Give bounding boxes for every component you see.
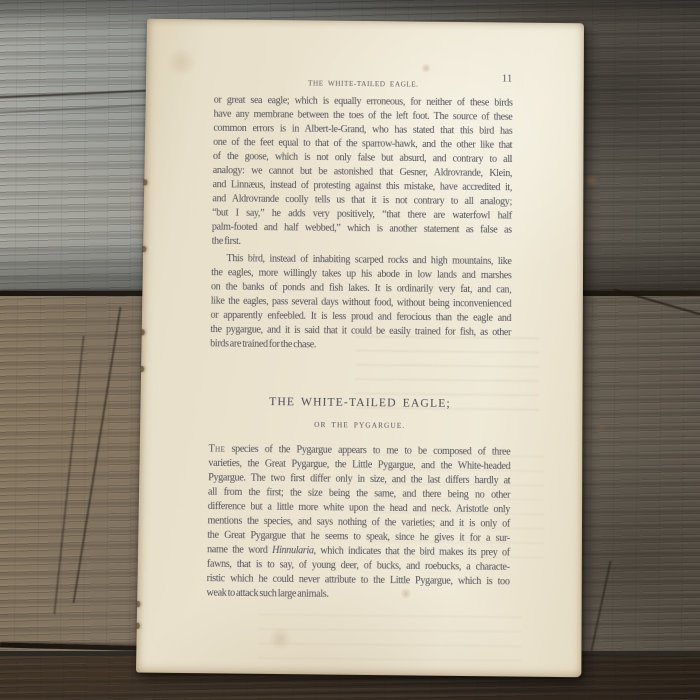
reverse-text-show-through bbox=[258, 614, 521, 662]
binding-notch bbox=[143, 179, 147, 185]
photo-scene: THE WHITE-TAILED EAGLE. 11 or great sea … bbox=[0, 0, 700, 700]
paragraph: or great sea eagle; which is equally err… bbox=[212, 94, 513, 252]
binding-notch bbox=[141, 329, 145, 335]
paragraph: The species of the Pygargue appears to m… bbox=[206, 442, 510, 604]
running-header-title: THE WHITE-TAILED EAGLE. bbox=[308, 79, 419, 88]
foxing-spot bbox=[267, 628, 294, 649]
running-header: THE WHITE-TAILED EAGLE. 11 bbox=[214, 71, 513, 88]
binding-notch bbox=[140, 366, 144, 372]
section-heading: THE WHITE-TAILED EAGLE; bbox=[209, 394, 510, 411]
paragraph: This bird, instead of inhabiting scarped… bbox=[210, 252, 512, 355]
foxing-spot bbox=[421, 64, 432, 73]
binding-notch bbox=[142, 246, 146, 252]
page-body: or great sea eagle; which is equally err… bbox=[206, 94, 512, 604]
binding-notch bbox=[136, 601, 140, 607]
page-number: 11 bbox=[502, 73, 513, 84]
binding-notch bbox=[136, 623, 140, 629]
foxing-spot bbox=[164, 49, 198, 75]
book-page: THE WHITE-TAILED EAGLE. 11 or great sea … bbox=[136, 19, 584, 678]
section-subheading: OR THE PYGARGUE. bbox=[209, 417, 511, 435]
